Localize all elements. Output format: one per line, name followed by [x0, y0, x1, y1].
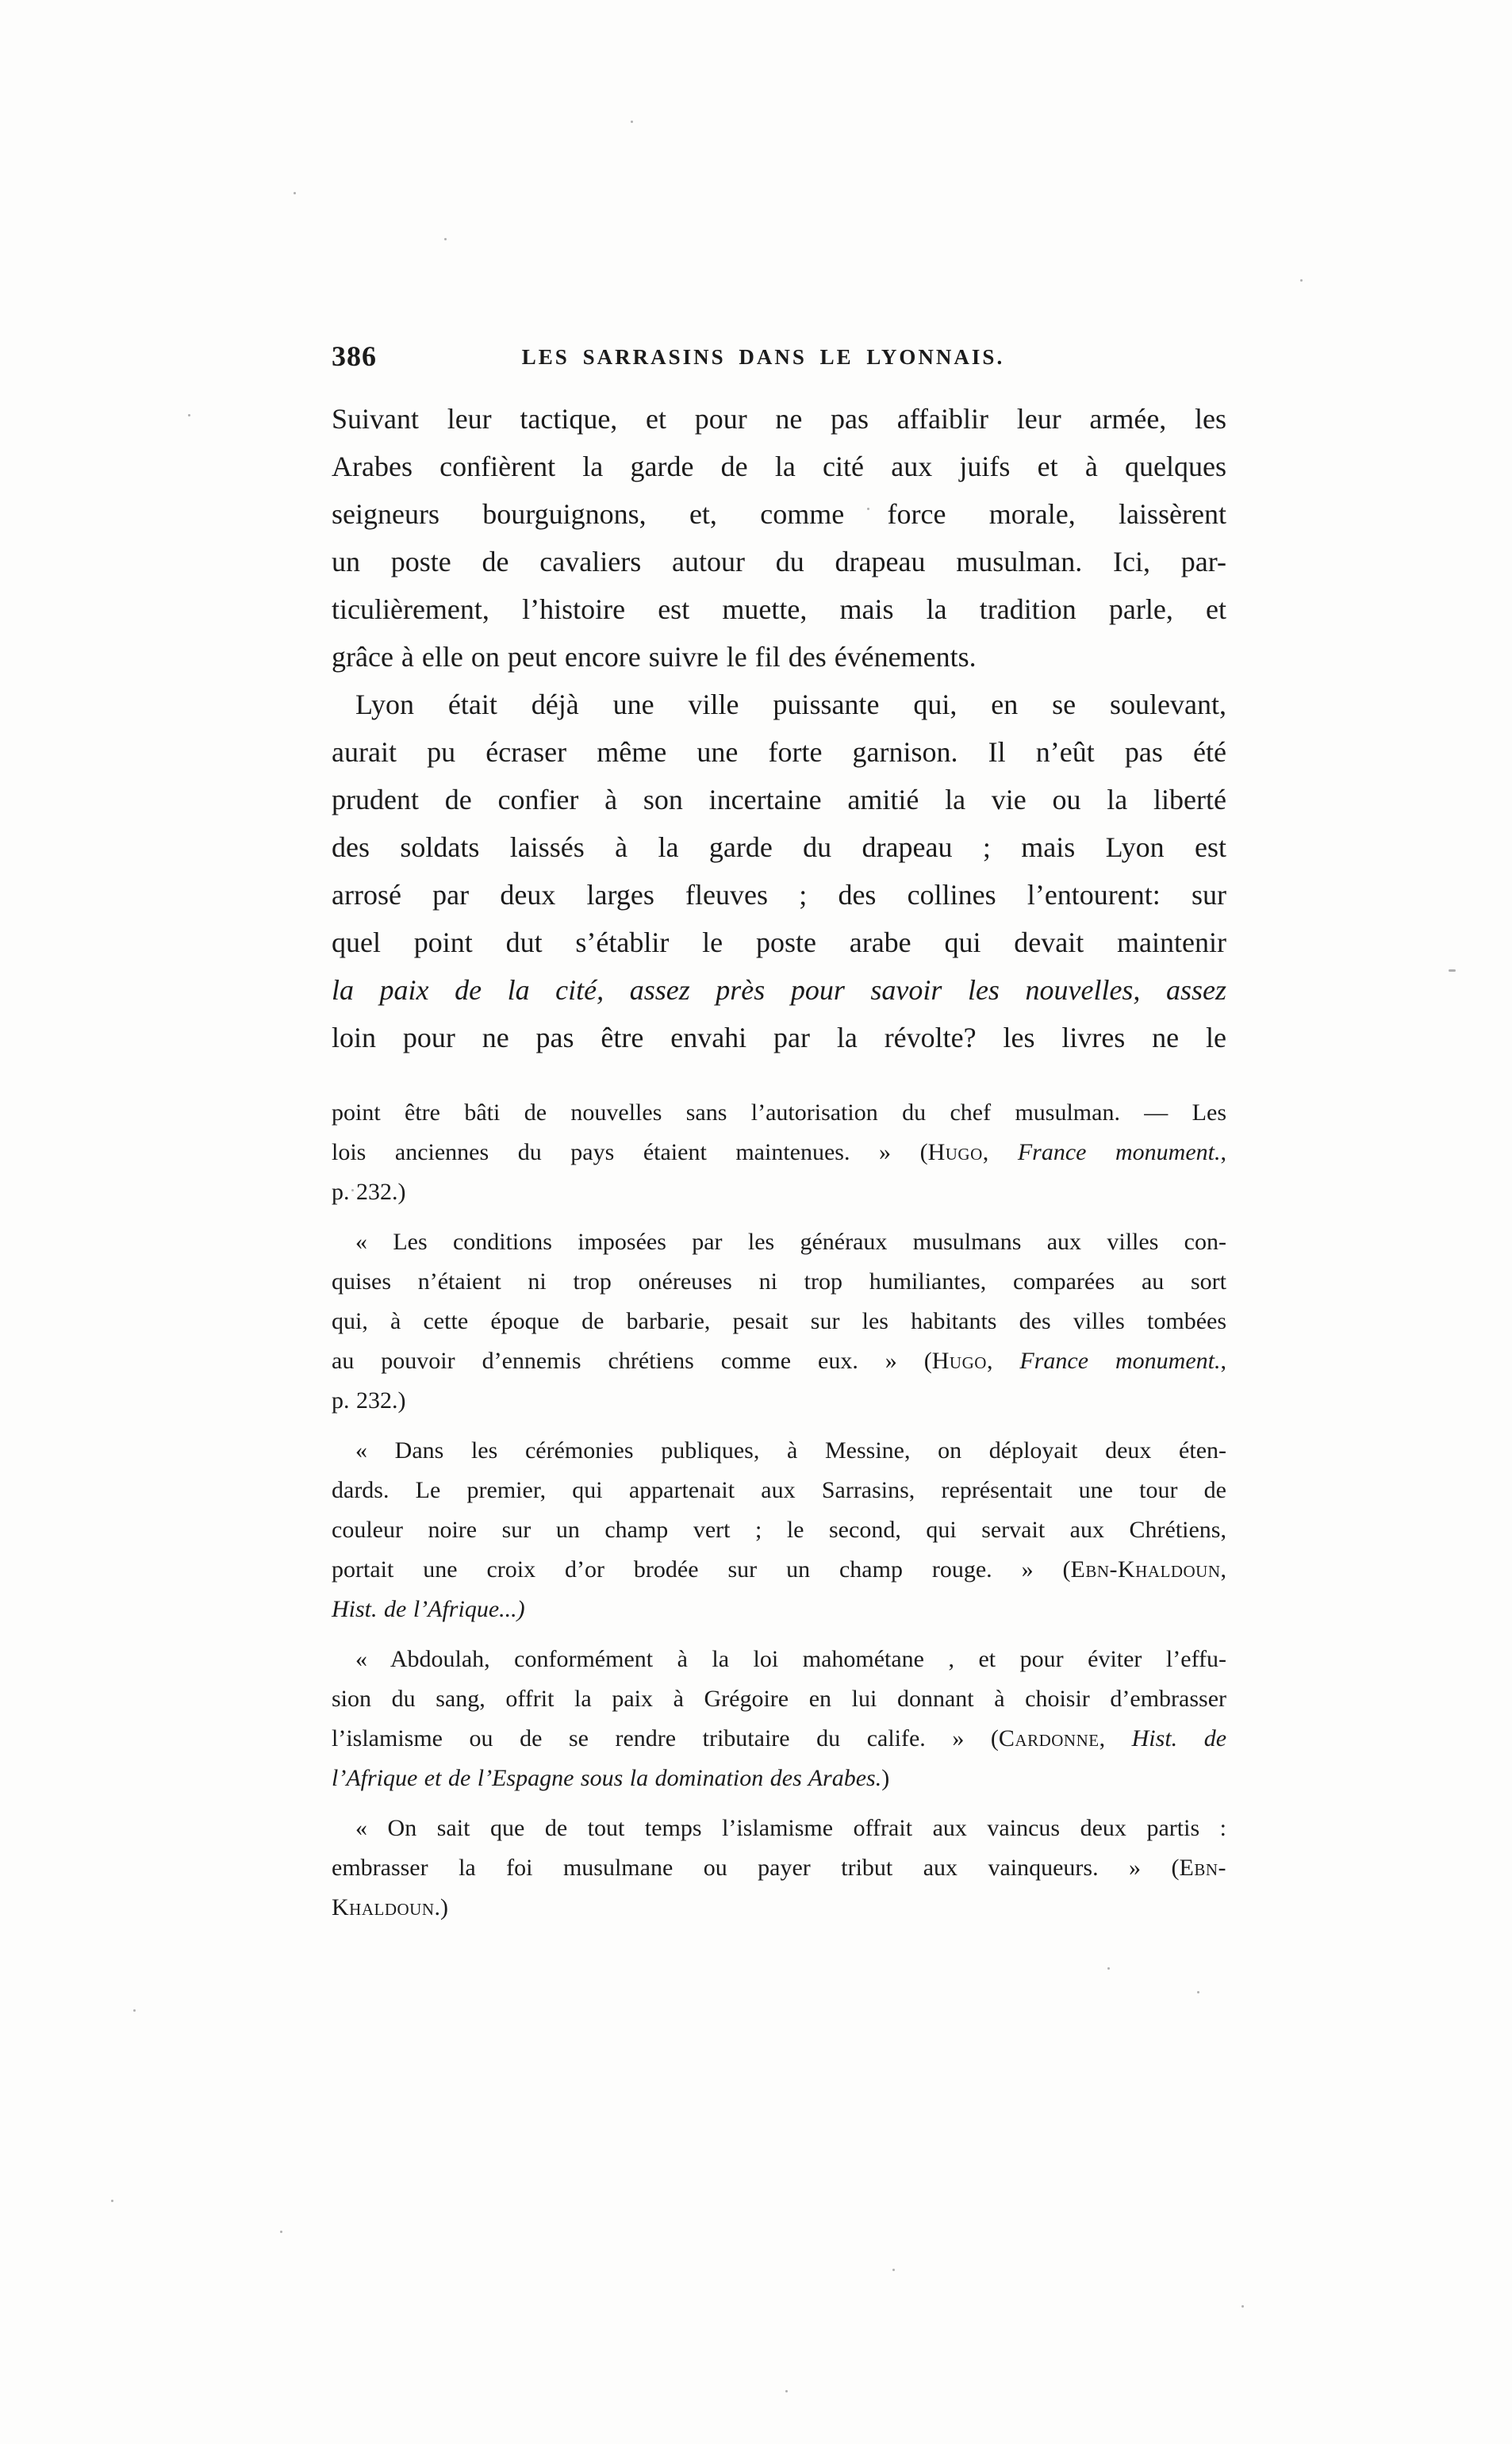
work-title: l’Afrique et de l’Espagne sous la domina…	[332, 1765, 881, 1791]
scan-speck	[111, 2200, 113, 2202]
text-segment: portait une croix d’or brodée sur un cha…	[332, 1556, 1071, 1583]
text-segment: « Les conditions imposées par les généra…	[355, 1229, 1226, 1255]
text-line: un poste de cavaliers autour du drapeau …	[332, 538, 1226, 585]
text-segment: )	[881, 1765, 889, 1791]
text-segment: « On sait que de tout temps l’islamisme …	[355, 1815, 1226, 1841]
text-segment: dards. Le premier, qui appartenait aux S…	[332, 1477, 1226, 1503]
text-segment: p. 232.)	[332, 1387, 406, 1414]
text-segment: des soldats laissés à la garde du drapea…	[332, 831, 1226, 863]
author-name: Khaldoun	[332, 1894, 435, 1920]
text-line: « Dans les cérémonies publiques, à Messi…	[332, 1431, 1226, 1471]
text-segment: quel point dut s’établir le poste arabe …	[332, 927, 1226, 958]
text-line: Suivant leur tactique, et pour ne pas af…	[332, 395, 1226, 443]
text-segment: l’islamisme ou de se rendre tributaire d…	[332, 1725, 999, 1751]
text-line: prudent de confier à son incertaine amit…	[332, 776, 1226, 823]
text-line: point être bâti de nouvelles sans l’auto…	[332, 1093, 1226, 1133]
text-line: Lyon était déjà une ville puissante qui,…	[332, 681, 1226, 728]
text-segment: qui, à cette époque de barbarie, pesait …	[332, 1308, 1226, 1334]
scan-speck	[133, 2009, 136, 2012]
scan-speck	[1241, 2305, 1244, 2308]
author-name: Hugo	[928, 1139, 983, 1165]
footnote-paragraph: « Abdoulah, conformément à la loi mahomé…	[332, 1640, 1226, 1798]
page-header: 386 LES SARRASINS DANS LE LYONNAIS.	[332, 340, 1226, 379]
text-line: l’Afrique et de l’Espagne sous la domina…	[332, 1759, 1226, 1798]
work-title: Hist. de l’Afrique...)	[332, 1596, 525, 1622]
text-segment: ,	[1221, 1348, 1227, 1374]
text-segment: Lyon était déjà une ville puissante qui,…	[355, 689, 1226, 720]
scan-speck	[867, 508, 869, 510]
text-segment: couleur noire sur un champ vert ; le sec…	[332, 1517, 1226, 1543]
text-segment: au pouvoir d’ennemis chrétiens comme eux…	[332, 1348, 932, 1374]
footnotes-block: point être bâti de nouvelles sans l’auto…	[332, 1093, 1226, 1928]
text-line: Hist. de l’Afrique...)	[332, 1590, 1226, 1629]
footnote-paragraph: « Les conditions imposées par les généra…	[332, 1222, 1226, 1421]
text-line: qui, à cette époque de barbarie, pesait …	[332, 1302, 1226, 1341]
scan-speck	[1197, 1991, 1199, 1993]
text-segment: p. 232.)	[332, 1179, 406, 1205]
text-line: aurait pu écraser même une forte garniso…	[332, 728, 1226, 776]
author-name: Hugo	[932, 1348, 987, 1374]
footnote-paragraph: « On sait que de tout temps l’islamisme …	[332, 1809, 1226, 1928]
book-page-scan: 386 LES SARRASINS DANS LE LYONNAIS. Suiv…	[0, 0, 1512, 2444]
text-line: « Abdoulah, conformément à la loi mahomé…	[332, 1640, 1226, 1679]
author-name: Ebn-	[1180, 1855, 1227, 1881]
text-segment: arrosé par deux larges fleuves ; des col…	[332, 879, 1226, 911]
text-segment: un poste de cavaliers autour du drapeau …	[332, 546, 1226, 577]
text-line: quel point dut s’établir le poste arabe …	[332, 919, 1226, 966]
text-line: Khaldoun.)	[332, 1888, 1226, 1928]
scan-speck	[631, 121, 633, 123]
text-line: p. 232.)	[332, 1381, 1226, 1421]
text-segment: lois anciennes du pays étaient maintenue…	[332, 1139, 928, 1165]
body-paragraph: Suivant leur tactique, et pour ne pas af…	[332, 395, 1226, 681]
text-segment: .)	[435, 1894, 449, 1920]
text-segment: la paix de la cité, assez près pour savo…	[332, 974, 1226, 1006]
scan-speck	[351, 1189, 354, 1191]
text-line: grâce à elle on peut encore suivre le fi…	[332, 633, 1226, 681]
footnote-paragraph: « Dans les cérémonies publiques, à Messi…	[332, 1431, 1226, 1629]
scan-speck	[280, 2231, 282, 2233]
text-segment: seigneurs bourguignons, et, comme force …	[332, 498, 1226, 530]
text-line: sion du sang, offrit la paix à Grégoire …	[332, 1679, 1226, 1719]
text-segment: point être bâti de nouvelles sans l’auto…	[332, 1099, 1226, 1126]
footnote-paragraph: point être bâti de nouvelles sans l’auto…	[332, 1093, 1226, 1212]
text-segment: Arabes confièrent la garde de la cité au…	[332, 451, 1226, 482]
text-line: « Les conditions imposées par les généra…	[332, 1222, 1226, 1262]
text-line: seigneurs bourguignons, et, comme force …	[332, 490, 1226, 538]
running-title: LES SARRASINS DANS LE LYONNAIS.	[332, 345, 1195, 370]
text-line: des soldats laissés à la garde du drapea…	[332, 823, 1226, 871]
scan-speck	[1449, 969, 1456, 972]
text-segment: grâce à elle on peut encore suivre le fi…	[332, 641, 977, 673]
text-segment: Suivant leur tactique, et pour ne pas af…	[332, 403, 1226, 435]
text-segment: ,	[1220, 1139, 1226, 1165]
scan-speck	[444, 238, 447, 240]
main-text-block: Suivant leur tactique, et pour ne pas af…	[332, 395, 1226, 1061]
text-segment: ,	[1099, 1725, 1132, 1751]
text-line: Arabes confièrent la garde de la cité au…	[332, 443, 1226, 490]
text-line: embrasser la foi musulmane ou payer trib…	[332, 1848, 1226, 1888]
text-segment: « Abdoulah, conformément à la loi mahomé…	[355, 1646, 1226, 1672]
scan-speck	[785, 2390, 788, 2392]
scan-speck	[188, 414, 190, 416]
text-line: au pouvoir d’ennemis chrétiens comme eux…	[332, 1341, 1226, 1381]
work-title: Hist. de	[1132, 1725, 1226, 1751]
scan-speck	[294, 192, 296, 194]
author-name: Cardonne	[999, 1725, 1099, 1751]
text-line: quises n’étaient ni trop onéreuses ni tr…	[332, 1262, 1226, 1302]
scan-speck	[1107, 1967, 1110, 1970]
scan-speck	[1300, 279, 1303, 282]
text-segment: ,	[987, 1348, 1019, 1374]
text-segment: prudent de confier à son incertaine amit…	[332, 784, 1226, 815]
text-line: arrosé par deux larges fleuves ; des col…	[332, 871, 1226, 919]
text-segment: « Dans les cérémonies publiques, à Messi…	[355, 1437, 1226, 1464]
text-segment: ticulièrement, l’histoire est muette, ma…	[332, 593, 1226, 625]
work-title: France monument.	[1018, 1139, 1221, 1165]
author-name: Ebn-Khaldoun	[1071, 1556, 1221, 1583]
text-line: p. 232.)	[332, 1172, 1226, 1212]
text-segment: loin pour ne pas être envahi par la révo…	[332, 1022, 1226, 1053]
text-segment: quises n’étaient ni trop onéreuses ni tr…	[332, 1268, 1226, 1295]
text-segment: aurait pu écraser même une forte garniso…	[332, 736, 1226, 768]
text-segment: ,	[1221, 1556, 1227, 1583]
text-line: la paix de la cité, assez près pour savo…	[332, 966, 1226, 1014]
text-segment: sion du sang, offrit la paix à Grégoire …	[332, 1686, 1226, 1712]
text-line: couleur noire sur un champ vert ; le sec…	[332, 1510, 1226, 1550]
text-line: portait une croix d’or brodée sur un cha…	[332, 1550, 1226, 1590]
body-paragraph: Lyon était déjà une ville puissante qui,…	[332, 681, 1226, 1061]
scan-speck	[892, 2269, 895, 2271]
text-line: ticulièrement, l’histoire est muette, ma…	[332, 585, 1226, 633]
text-line: lois anciennes du pays étaient maintenue…	[332, 1133, 1226, 1172]
text-line: « On sait que de tout temps l’islamisme …	[332, 1809, 1226, 1848]
text-line: dards. Le premier, qui appartenait aux S…	[332, 1471, 1226, 1510]
text-line: l’islamisme ou de se rendre tributaire d…	[332, 1719, 1226, 1759]
text-line: loin pour ne pas être envahi par la révo…	[332, 1014, 1226, 1061]
text-segment: ,	[983, 1139, 1018, 1165]
work-title: France monument.	[1019, 1348, 1220, 1374]
text-segment: embrasser la foi musulmane ou payer trib…	[332, 1855, 1180, 1881]
